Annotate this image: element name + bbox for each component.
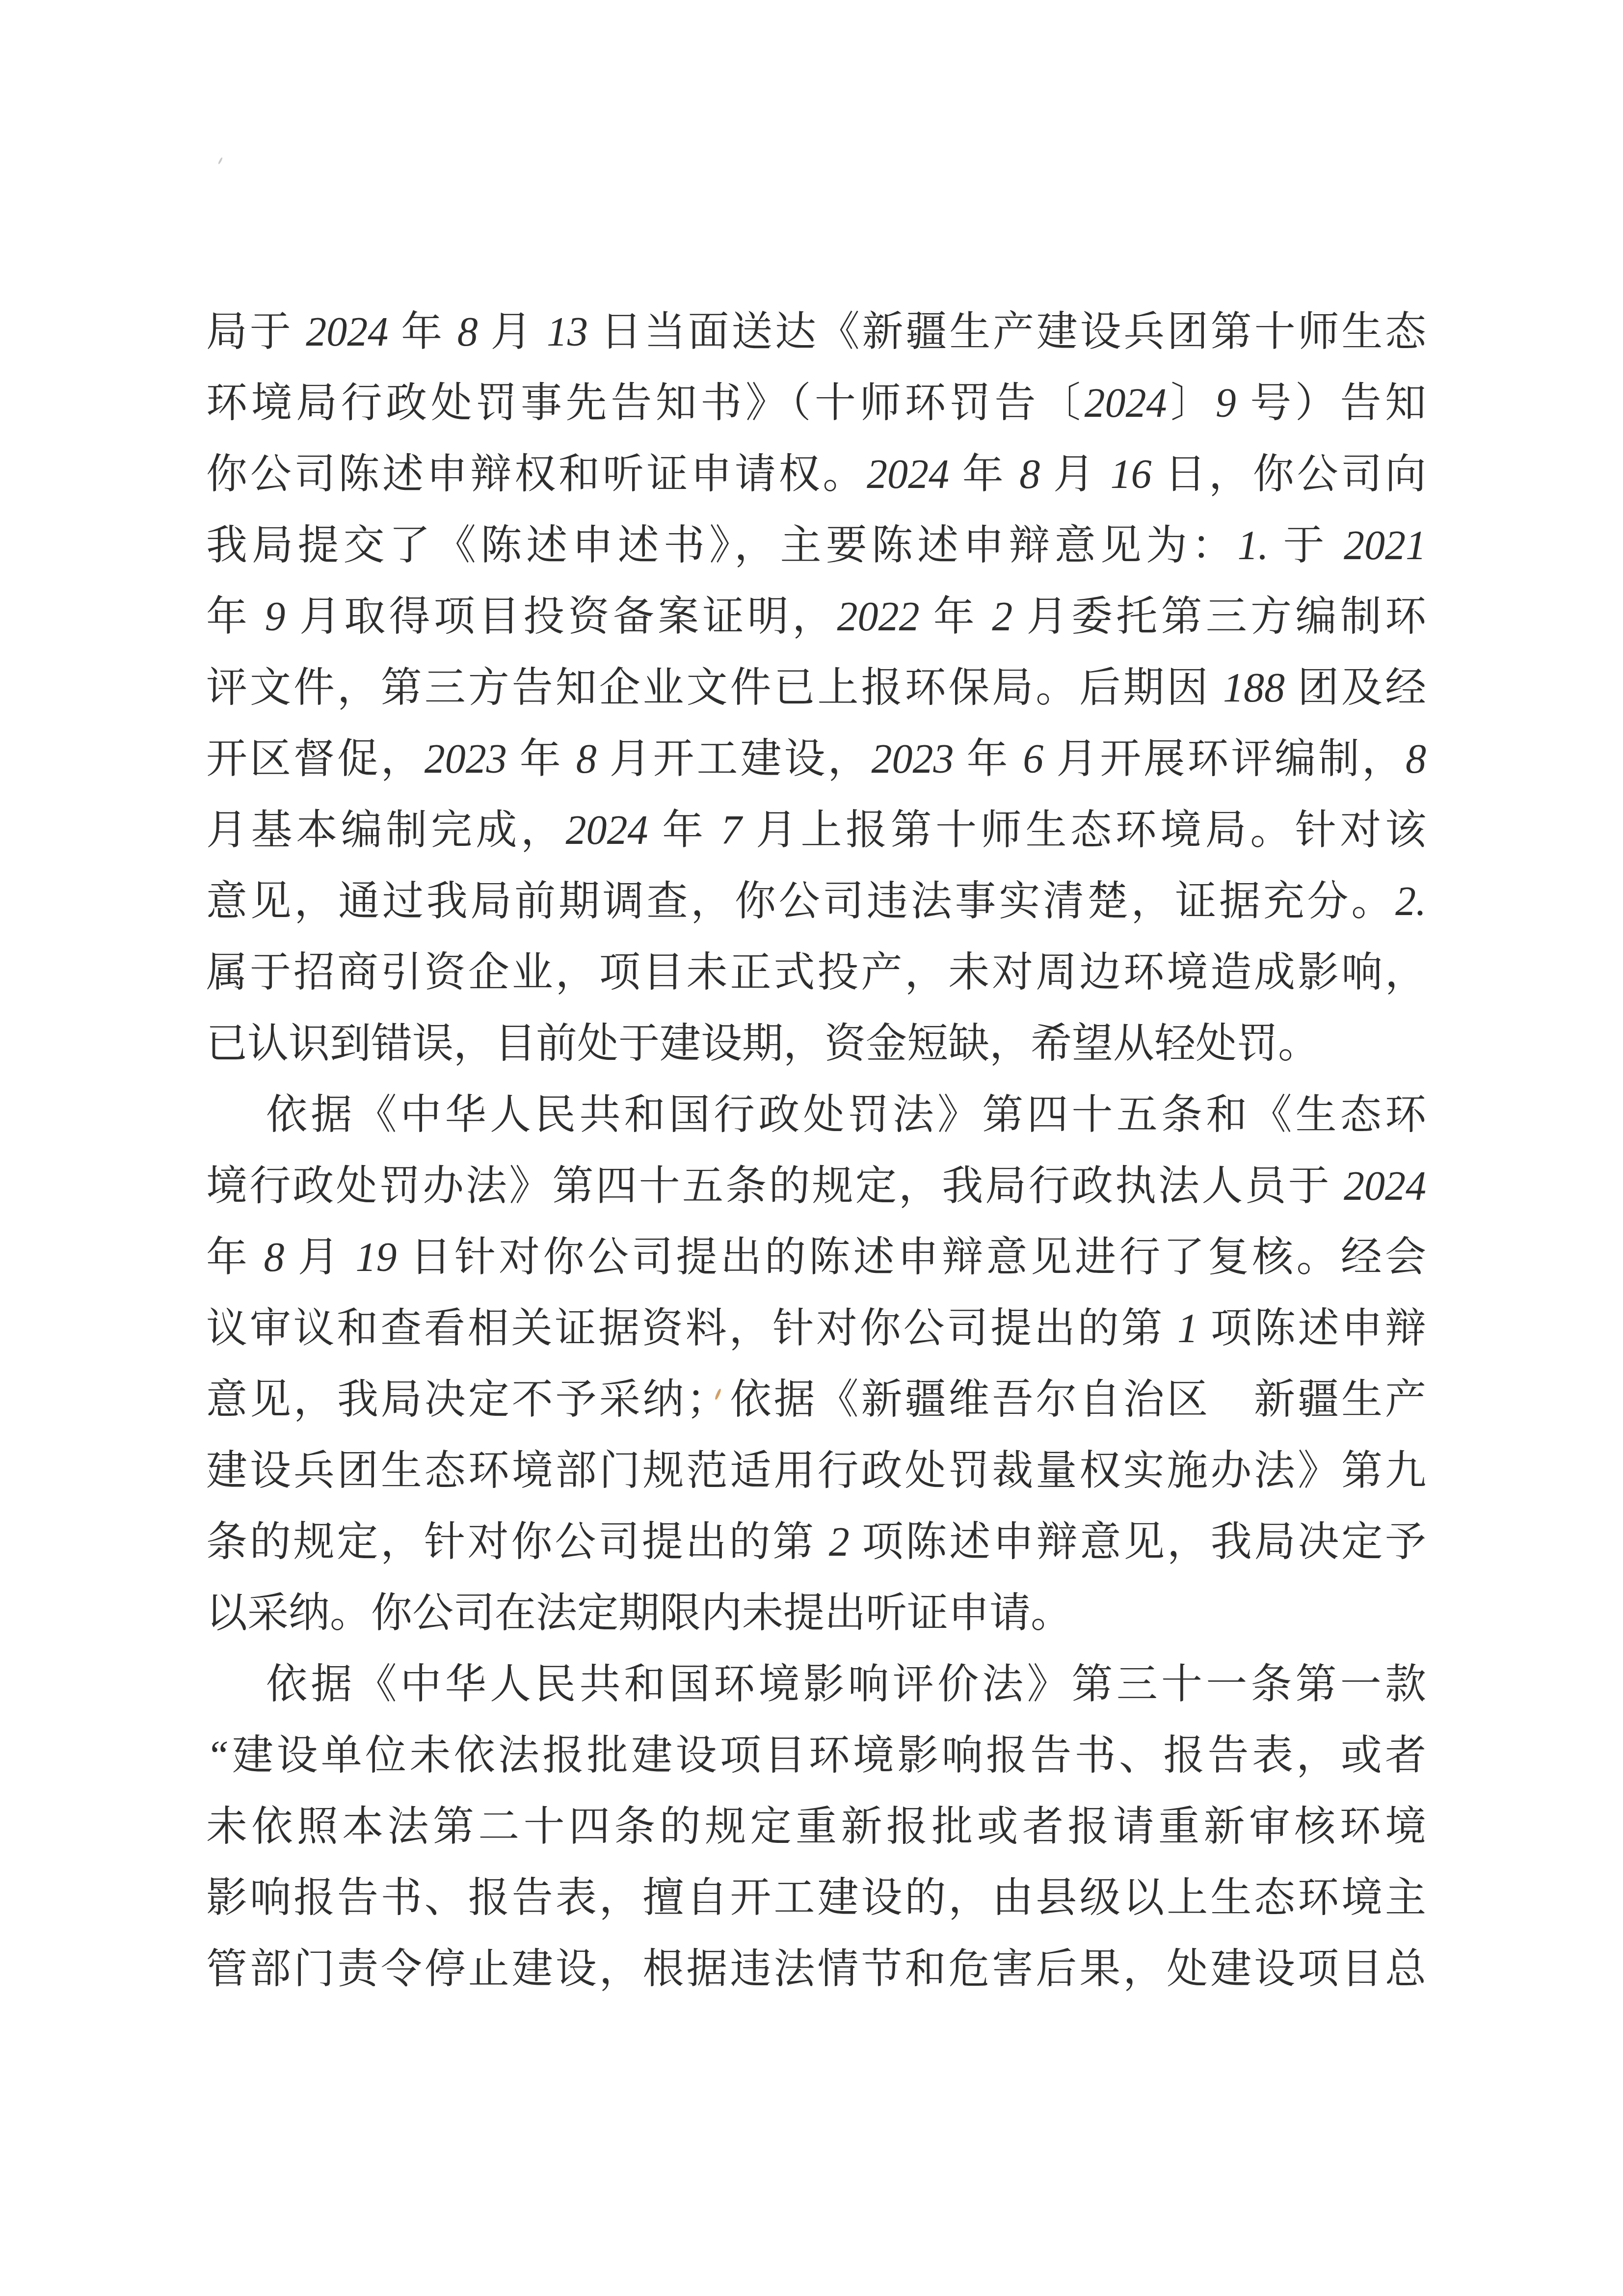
text-line: 条的规定，针对你公司提出的第 2 项陈述申辩意见，我局决定予 bbox=[206, 1507, 1426, 1578]
text-line: 依据《中华人民共和国环境影响评价法》第三十一条第一款 bbox=[206, 1649, 1426, 1720]
text-line: 影响报告书、报告表，擅自开工建设的，由县级以上生态环境主 bbox=[206, 1863, 1426, 1934]
text-line: 依据《中华人民共和国行政处罚法》第四十五条和《生态环 bbox=[206, 1080, 1426, 1151]
text-line: 环境局行政处罚事先告知书》（十师环罚告〔2024〕9 号）告知 bbox=[206, 368, 1426, 439]
text-line: 年 8 月 19 日针对你公司提出的陈述申辩意见进行了复核。经会 bbox=[206, 1222, 1426, 1293]
scanned-document-page: 局于 2024 年 8 月 13 日当面送达《新疆生产建设兵团第十师生态 环境局… bbox=[0, 0, 1623, 2296]
document-body-text: 局于 2024 年 8 月 13 日当面送达《新疆生产建设兵团第十师生态 环境局… bbox=[206, 297, 1426, 2005]
text-line: 未依照本法第二十四条的规定重新报批或者报请重新审核环境 bbox=[206, 1791, 1426, 1863]
text-line: 意见，我局决定不予采纳；依据《新疆维吾尔自治区 新疆生产 bbox=[206, 1364, 1426, 1435]
text-line: 评文件，第三方告知企业文件已上报环保局。后期因 188 团及经 bbox=[206, 652, 1426, 724]
text-line: 年 9 月取得项目投资备案证明，2022 年 2 月委托第三方编制环 bbox=[206, 581, 1426, 652]
text-line: 你公司陈述申辩权和听证申请权。2024 年 8 月 16 日，你公司向 bbox=[206, 439, 1426, 510]
text-line: 意见，通过我局前期调查，你公司违法事实清楚，证据充分。2. bbox=[206, 866, 1426, 937]
text-line: 开区督促，2023 年 8 月开工建设，2023 年 6 月开展环评编制，8 bbox=[206, 724, 1426, 795]
text-line: 以采纳。你公司在法定期限内未提出听证申请。 bbox=[206, 1578, 1426, 1649]
text-line: 议审议和查看相关证据资料，针对你公司提出的第 1 项陈述申辩 bbox=[206, 1293, 1426, 1364]
text-line: 局于 2024 年 8 月 13 日当面送达《新疆生产建设兵团第十师生态 bbox=[206, 297, 1426, 368]
text-line: “建设单位未依法报批建设项目环境影响报告书、报告表，或者 bbox=[206, 1720, 1426, 1791]
text-line: 境行政处罚办法》第四十五条的规定，我局行政执法人员于 2024 bbox=[206, 1151, 1426, 1222]
text-line: 我局提交了《陈述申述书》，主要陈述申辩意见为：1. 于 2021 bbox=[206, 510, 1426, 581]
text-line: 建设兵团生态环境部门规范适用行政处罚裁量权实施办法》第九 bbox=[206, 1435, 1426, 1507]
text-line: 管部门责令停止建设，根据违法情节和危害后果，处建设项目总 bbox=[206, 1934, 1426, 2005]
text-line: 月基本编制完成，2024 年 7 月上报第十师生态环境局。针对该 bbox=[206, 795, 1426, 866]
scan-speck bbox=[218, 157, 223, 164]
text-line: 已认识到错误，目前处于建设期，资金短缺，希望从轻处罚。 bbox=[206, 1008, 1426, 1080]
text-line: 属于招商引资企业，项目未正式投产，未对周边环境造成影响， bbox=[206, 937, 1426, 1008]
